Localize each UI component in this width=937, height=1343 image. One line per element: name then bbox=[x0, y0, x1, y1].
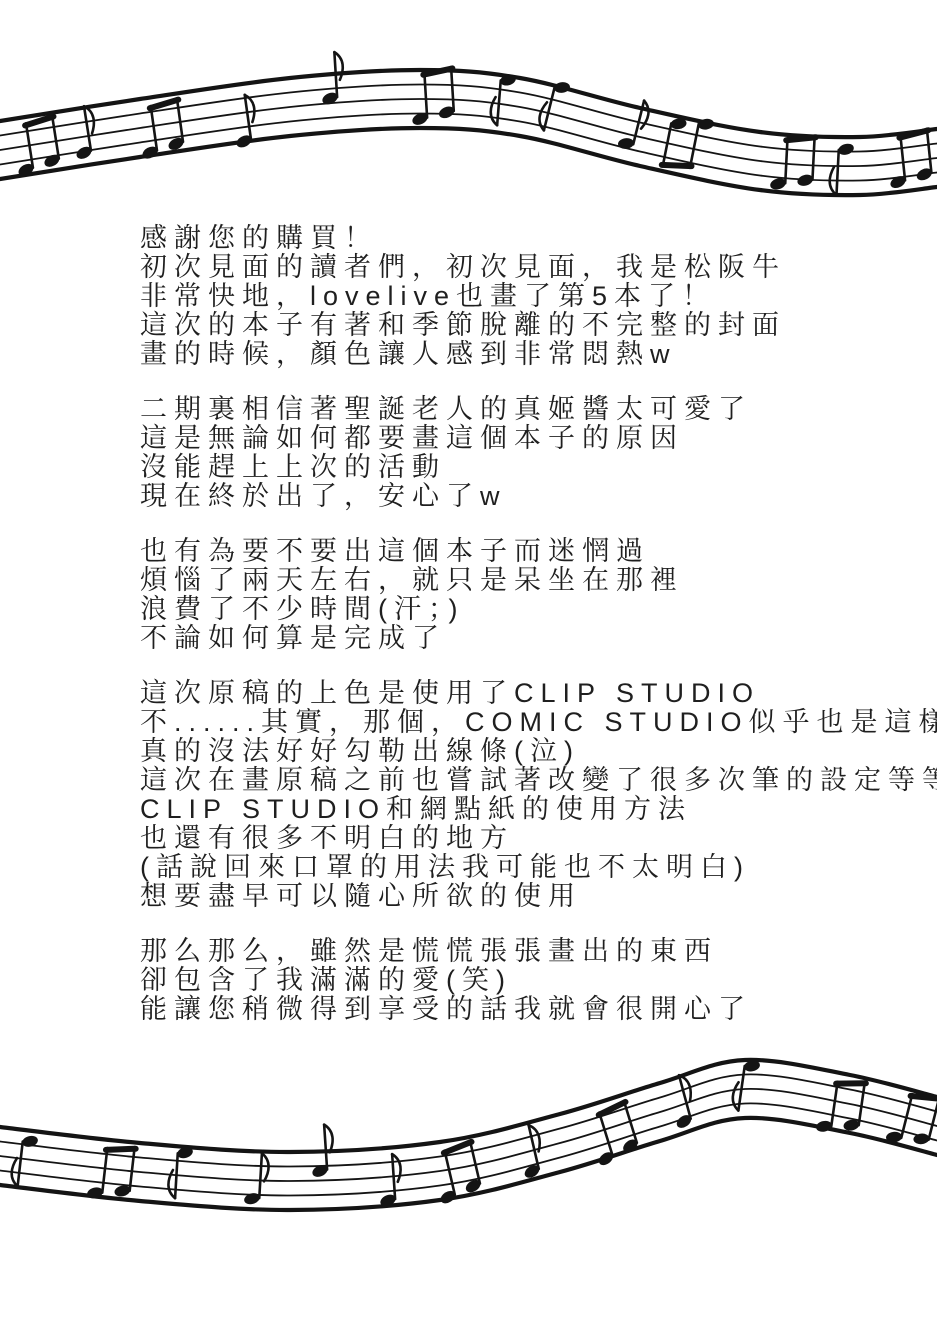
eighth-note-icon bbox=[408, 67, 457, 127]
afterword-line: 真的沒法好好勾勒出線條(泣) bbox=[140, 737, 900, 766]
eighth-note-icon bbox=[582, 1100, 643, 1169]
eighth-note-icon bbox=[85, 1142, 137, 1205]
eighth-note-icon bbox=[512, 1123, 548, 1181]
afterword-line: 這是無論如何都要畫這個本子的原因 bbox=[140, 424, 900, 453]
afterword-line: 也有為要不要出這個本子而迷惘過 bbox=[140, 537, 900, 566]
afterword-paragraph: 那么那么，雖然是慌慌張張畫出的東西 卻包含了我滿滿的愛(笑) 能讓您稍微得到享受… bbox=[140, 937, 900, 1024]
afterword-line: (話說回來口罩的用法我可能也不太明白) bbox=[140, 853, 900, 882]
afterword-line: 浪費了不少時間(汗；) bbox=[140, 595, 900, 624]
eighth-note-icon bbox=[883, 1086, 937, 1153]
afterword-line: 這次在畫原稿之前也嘗試著改變了很多次筆的設定等等； bbox=[140, 766, 900, 795]
eighth-note-icon bbox=[663, 1073, 700, 1131]
afterword-line: 想要盡早可以隨心所欲的使用 bbox=[140, 882, 900, 911]
afterword-line: 卻包含了我滿滿的愛(笑) bbox=[140, 966, 900, 995]
afterword-line: 那么那么，雖然是慌慌張張畫出的東西 bbox=[140, 937, 900, 966]
afterword-line: 這次的本子有著和季節脫離的不完整的封面 bbox=[140, 311, 900, 340]
afterword-paragraph: 也有為要不要出這個本子而迷惘過 煩惱了兩天左右，就只是呆坐在那裡 浪費了不少時間… bbox=[140, 537, 900, 653]
eighth-note-icon bbox=[134, 98, 187, 162]
afterword-text: 感謝您的購買！ 初次見面的讀者們，初次見面，我是松阪牛 非常快地，loveliv… bbox=[140, 224, 900, 1050]
afterword-line: 二期裏相信著聖誕老人的真姬醬太可愛了 bbox=[140, 395, 900, 424]
afterword-line: 沒能趕上上次的活動 bbox=[140, 453, 900, 482]
afterword-line: CLIP STUDIO和網點紙的使用方法 bbox=[140, 795, 900, 824]
eighth-note-icon bbox=[731, 1056, 762, 1113]
eighth-note-icon bbox=[829, 141, 856, 196]
afterword-paragraph: 二期裏相信著聖誕老人的真姬醬太可愛了 這是無論如何都要畫這個本子的原因 沒能趕上… bbox=[140, 395, 900, 511]
eighth-note-icon bbox=[814, 1075, 867, 1139]
eighth-note-icon bbox=[318, 52, 345, 107]
eighth-note-icon bbox=[10, 1132, 40, 1188]
eighth-note-icon bbox=[615, 97, 651, 155]
afterword-line: 非常快地，lovelive也畫了第5本了！ bbox=[140, 282, 900, 311]
afterword-line: 不......其實，那個，COMIC STUDIO似乎也是這樣 bbox=[140, 708, 900, 737]
eighth-note-icon bbox=[228, 94, 259, 151]
eighth-note-icon bbox=[9, 115, 63, 179]
eighth-note-icon bbox=[490, 71, 518, 126]
eighth-note-icon bbox=[308, 1124, 336, 1179]
afterword-line: 現在終於出了，安心了w bbox=[140, 482, 900, 511]
afterword-line: 感謝您的購買！ bbox=[140, 224, 900, 253]
eighth-note-icon bbox=[661, 110, 717, 176]
eighth-note-icon bbox=[376, 1154, 404, 1209]
top-staff-decoration bbox=[0, 52, 937, 196]
afterword-line: 畫的時候，顏色讓人感到非常悶熱w bbox=[140, 340, 900, 369]
afterword-line: 能讓您稍微得到享受的話我就會很開心了 bbox=[140, 995, 900, 1024]
afterword-paragraph: 這次原稿的上色是使用了CLIP STUDIO 不......其實，那個，COMI… bbox=[140, 679, 900, 911]
afterword-line: 煩惱了兩天左右，就只是呆坐在那裡 bbox=[140, 566, 900, 595]
bottom-staff-decoration bbox=[0, 1056, 937, 1210]
eighth-note-icon bbox=[428, 1140, 486, 1207]
eighth-note-icon bbox=[242, 1152, 269, 1207]
afterword-line: 初次見面的讀者們，初次見面，我是松阪牛 bbox=[140, 253, 900, 282]
eighth-note-icon bbox=[537, 76, 573, 134]
afterword-line: 不論如何算是完成了 bbox=[140, 624, 900, 653]
afterword-line: 也還有很多不明白的地方 bbox=[140, 824, 900, 853]
eighth-note-icon bbox=[68, 105, 100, 162]
eighth-note-icon bbox=[168, 1144, 195, 1199]
eighth-note-icon bbox=[884, 129, 935, 191]
afterword-paragraph: 感謝您的購買！ 初次見面的讀者們，初次見面，我是松阪牛 非常快地，loveliv… bbox=[140, 224, 900, 369]
eighth-note-icon bbox=[768, 133, 817, 193]
afterword-line: 這次原稿的上色是使用了CLIP STUDIO bbox=[140, 679, 900, 708]
